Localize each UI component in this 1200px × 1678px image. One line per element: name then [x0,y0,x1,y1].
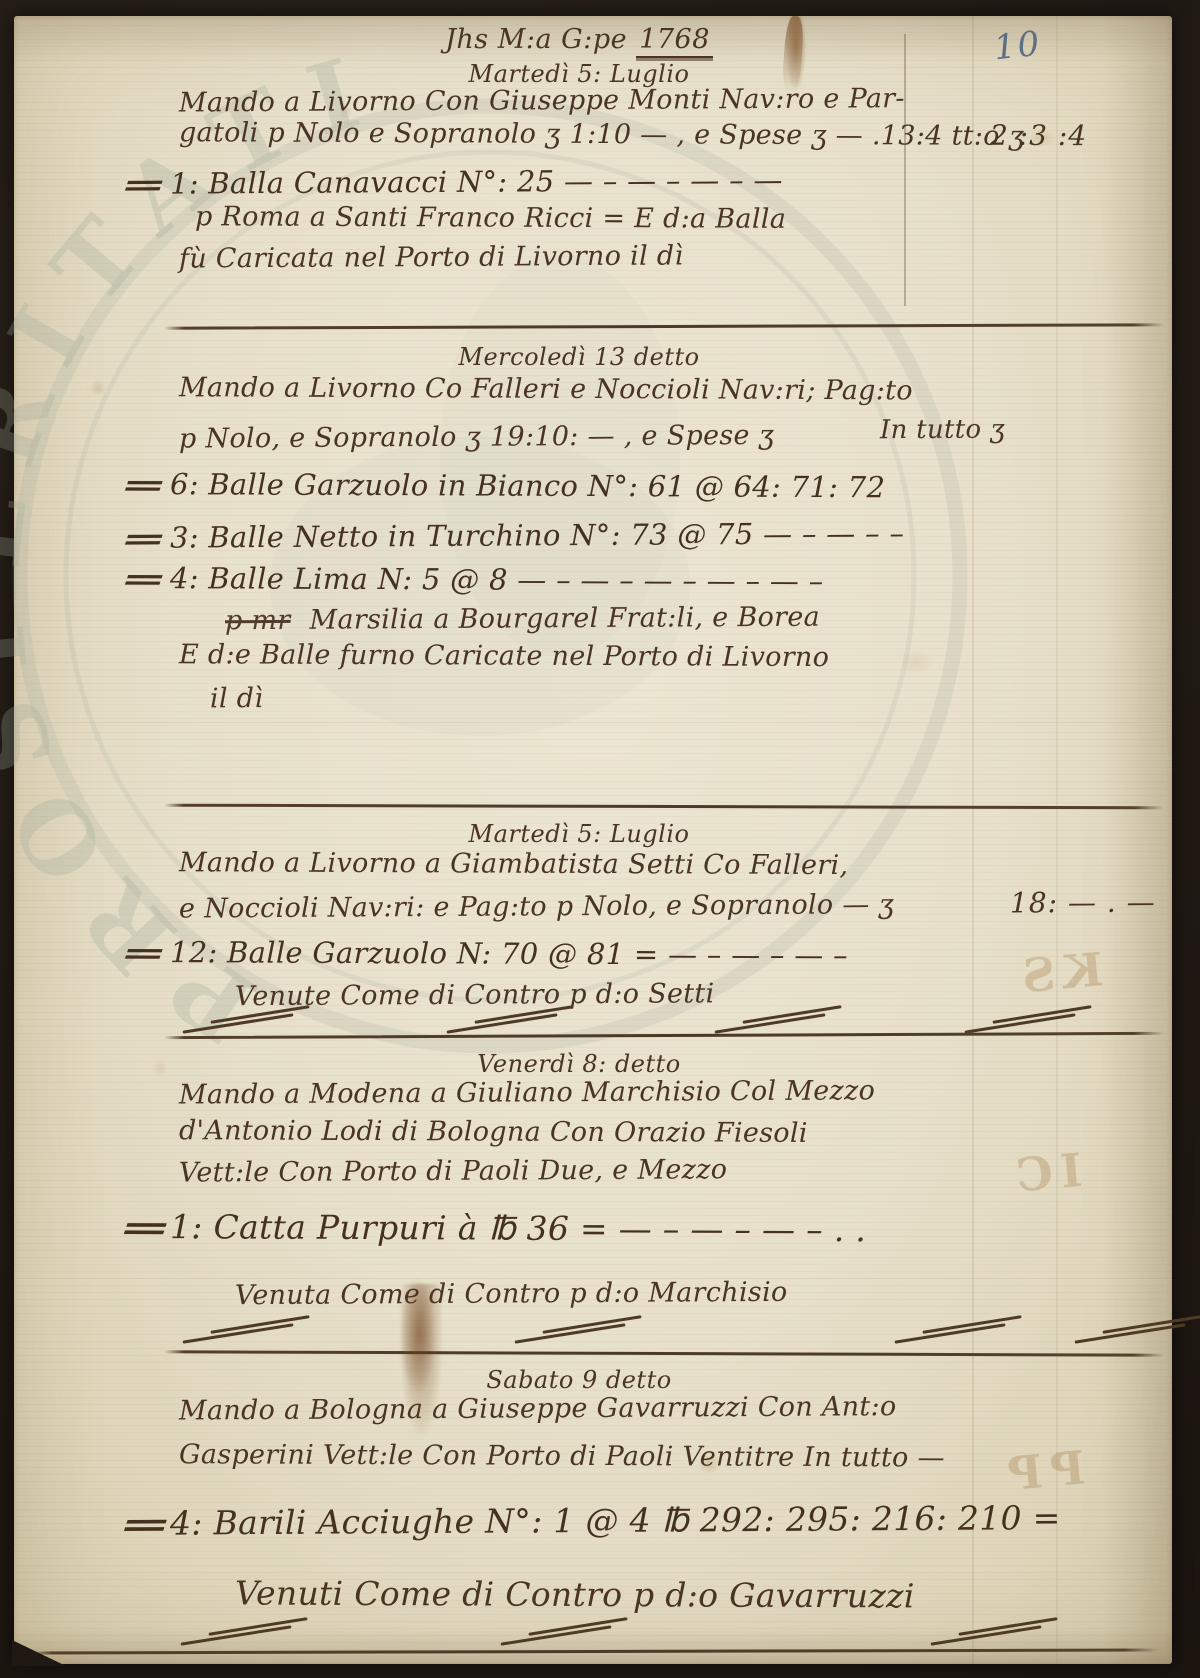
entry-line: Vett:le Con Porto di Paoli Due, e Mezzo [14,1150,1172,1191]
entry-line: Mando a Livorno Con Giuseppe Monti Nav:r… [14,80,1172,121]
photograph-background: PROSPERITATI AVGENDAE 10 Jhs M:a G:pe 17… [0,0,1200,1678]
entry-line: = 6: Balle Garzuolo in Bianco N°: 61 @ 6… [14,465,1172,506]
entry-line: Mando a Livorno Co Falleri e Noccioli Na… [14,370,1172,409]
ledger-page: PROSPERITATI AVGENDAE 10 Jhs M:a G:pe 17… [14,16,1172,1664]
horizontal-fold-crease [14,722,1172,724]
entry-date-heading: Martedì 5: Luglio [164,820,994,849]
entry-line: Mando a Modena a Giuliano Marchisio Col … [14,1072,1172,1113]
entry-line: E d:e Balle furno Caricate nel Porto di … [14,637,1172,676]
item-marker: = [115,935,174,971]
entry-line: = 4: Balle Lima N: 5 @ 8 — – — – — – — –… [14,559,1172,600]
margin-amount: 18: — . — [1010,885,1156,921]
separator-rule [164,1350,1164,1356]
entry-line: Mando a Bologna a Giuseppe Gavarruzzi Co… [14,1388,1172,1429]
entry-date-heading: Mercoledì 13 detto [164,343,994,372]
margin-amount: 2 :3 :4 [990,118,1087,153]
entry-line: Mando a Livorno a Giambatista Setti Co F… [14,845,1172,884]
entry-line: p Roma a Santi Franco Ricci = E d:a Ball… [14,199,1172,238]
item-marker: = [115,521,174,558]
entry-line: fù Caricata nel Porto di Livorno il dì [14,236,1172,277]
entry-line: gatoli p Nolo e Sopranolo ʒ 1:10 — , e S… [14,115,1172,154]
invocation-year: 1768 [636,24,713,58]
entry-line: = 1: Catta Purpuri à ℔ 36 = — – — – — – … [14,1205,1172,1251]
ghost-bleedthrough: KS [1012,942,1106,1004]
entry-line: = 12: Balle Garzuolo N: 70 @ 81 = — – — … [14,933,1172,974]
entry-line: p Nolo, e Sopranolo ʒ 19:10: — , e Spese… [14,416,1172,457]
separator-rule [164,804,1164,809]
folio-number: 10 [992,24,1043,69]
entry-line: p mr Marsilia a Bourgarel Frat:li, e Bor… [14,598,1172,639]
entry-line: Venuti Come di Contro p d:o Gavarruzzi [14,1571,1172,1617]
invocation-text: Jhs M:a G:pe [445,24,627,55]
in-tutto-note: In tutto ʒ [880,413,1005,446]
separator-rule [164,323,1164,329]
entry-line: = 4: Barili Acciughe N°: 1 @ 4 ℔ 292: 29… [14,1496,1172,1544]
entry-line: e Noccioli Nav:ri: e Pag:to p Nolo, e So… [14,886,1172,927]
separator-rule [30,1649,1158,1654]
ink-stain [400,1284,442,1434]
entry-line: = 3: Balle Netto in Turchino N°: 73 @ 75… [14,513,1172,556]
item-marker: = [115,561,174,597]
ghost-bleedthrough: PP [998,1440,1088,1501]
item-marker: = [115,167,174,204]
invocation-heading: Jhs M:a G:pe 1768 [164,24,994,56]
entry-line: Venuta Come di Contro p d:o Marchisio [14,1273,1172,1314]
entry-line: il dì [14,676,1172,717]
flourish-marks [14,1318,1172,1346]
flourish-marks [14,1620,1172,1648]
struck-word: p mr [225,605,291,636]
entry-line: = 1: Balla Canavacci N°: 25 — – — – — – … [14,159,1172,202]
ghost-bleedthrough: IC [1006,1143,1085,1203]
item-marker: = [115,467,174,503]
entry-line: d'Antonio Lodi di Bologna Con Orazio Fie… [14,1113,1172,1152]
